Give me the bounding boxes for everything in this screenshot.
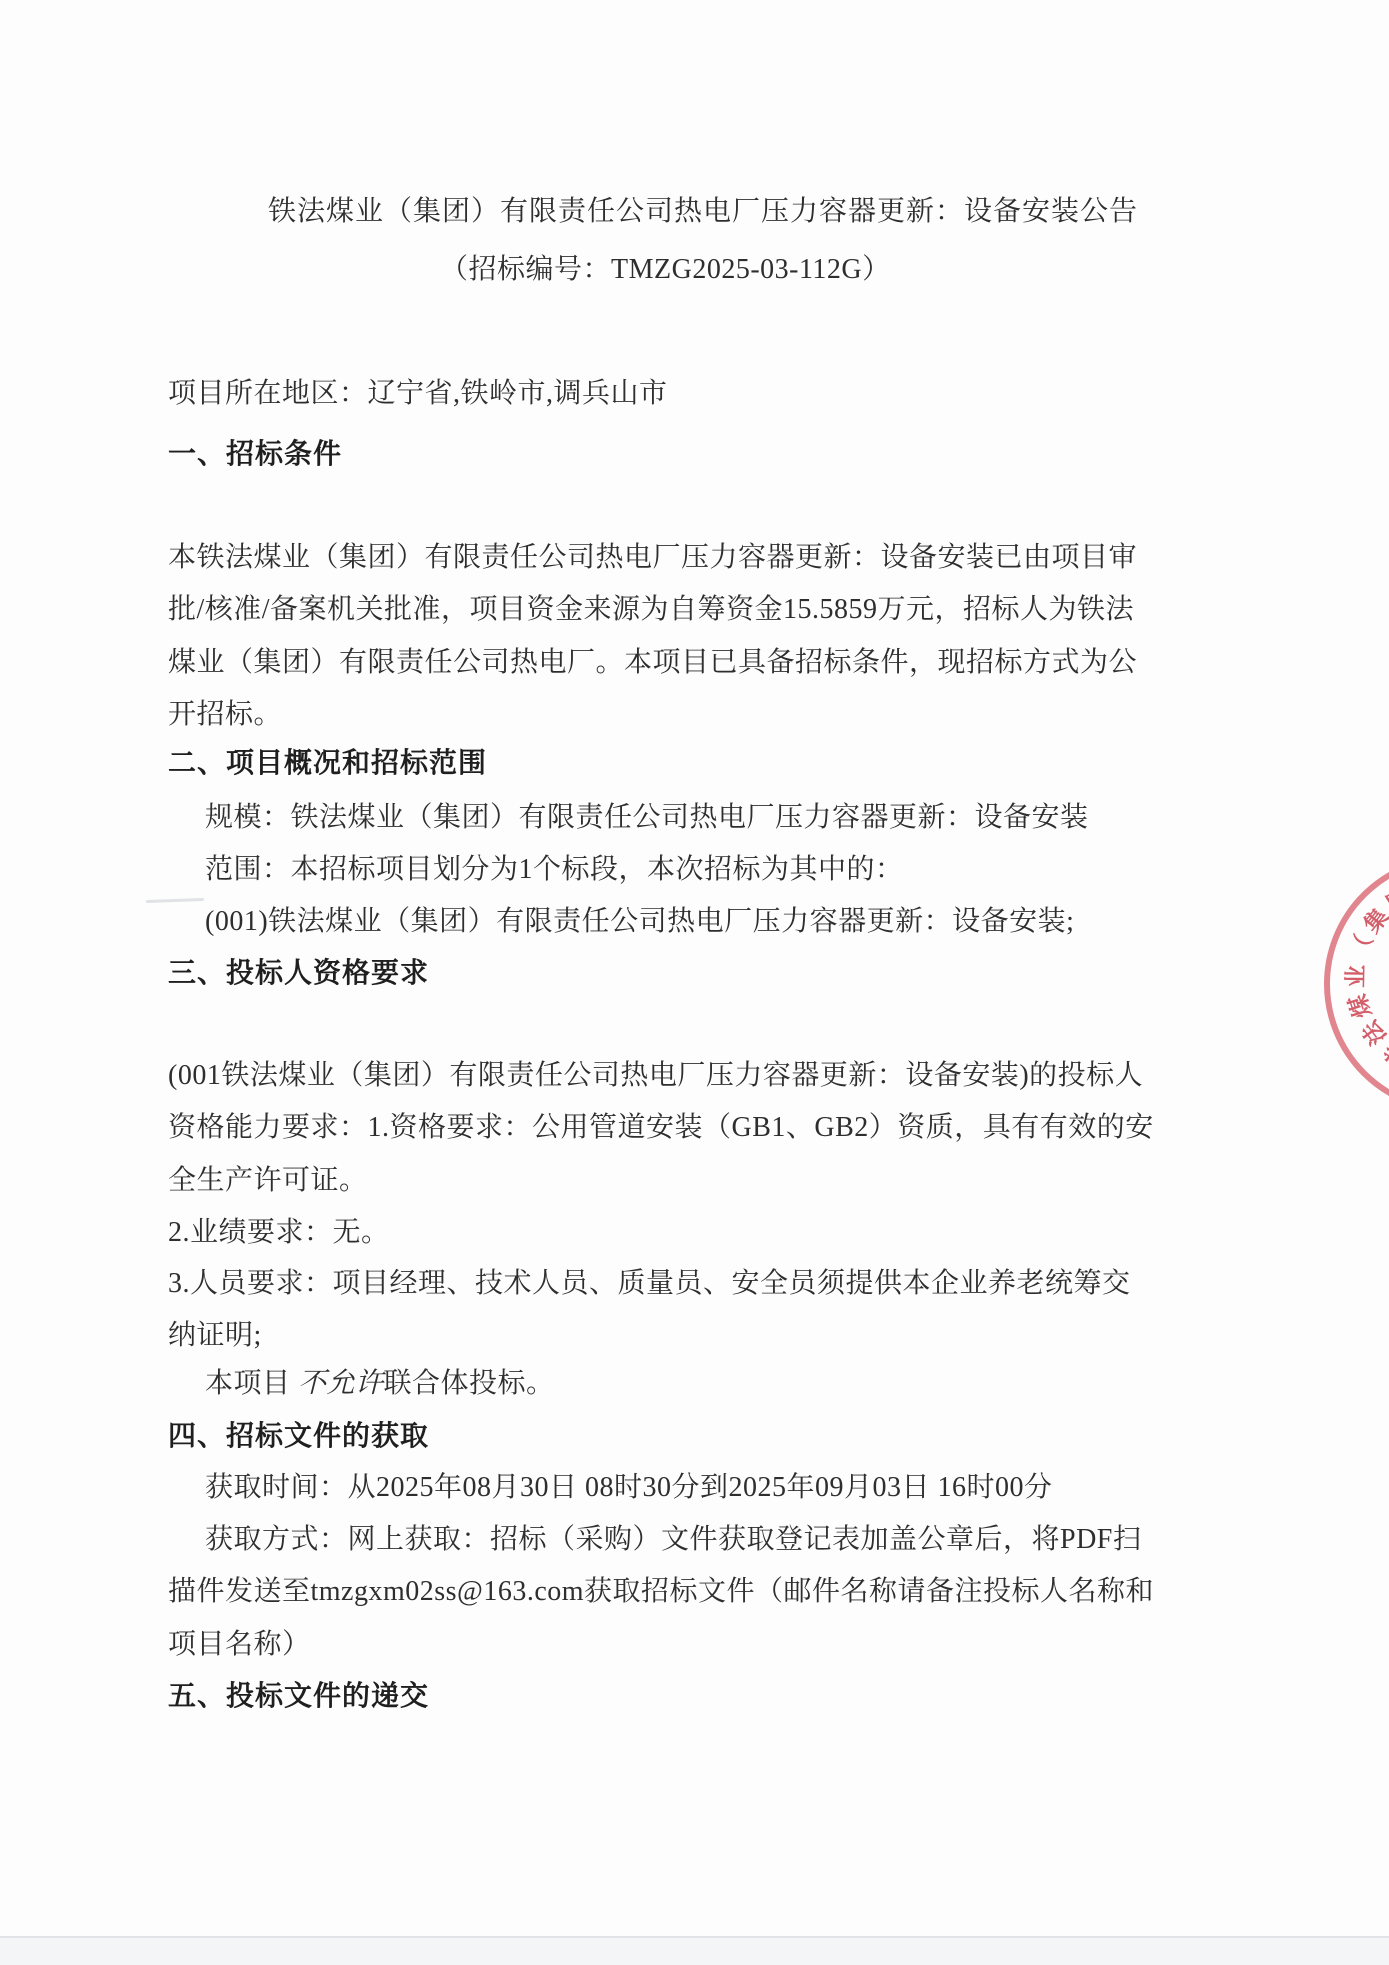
para-line: 2.业绩要求：无。 xyxy=(168,1215,390,1251)
joint-venture-line: 本项目 不允许联合体投标。 xyxy=(205,1366,555,1402)
doc-title: 铁法煤业（集团）有限责任公司热电厂压力容器更新：设备安装公告 xyxy=(268,194,1138,230)
section-2-heading: 二、项目概况和招标范围 xyxy=(168,745,487,781)
scope-line: 范围：本招标项目划分为1个标段，本次招标为其中的： xyxy=(205,852,904,888)
para-line: 批/核准/备案机关批准，项目资金来源为自筹资金15.5859万元，招标人为铁法 xyxy=(168,592,1134,628)
obtain-time-line: 获取时间：从2025年08月30日 08时30分到2025年09月03日 16时… xyxy=(205,1470,1053,1506)
lot-line: (001)铁法煤业（集团）有限责任公司热电厂压力容器更新：设备安装; xyxy=(205,904,1074,940)
joint-venture-emphasis: 不允许 xyxy=(298,1368,384,1399)
project-region: 项目所在地区：辽宁省,铁岭市,调兵山市 xyxy=(168,376,668,412)
obtain-method-line: 项目名称） xyxy=(168,1627,311,1663)
para-line: (001铁法煤业（集团）有限责任公司热电厂压力容器更新：设备安装)的投标人 xyxy=(168,1058,1143,1094)
para-line: 开招标。 xyxy=(168,697,282,733)
obtain-method-line: 获取方式：网上获取：招标（采购）文件获取登记表加盖公章后，将PDF扫 xyxy=(205,1522,1141,1558)
joint-venture-prefix: 本项目 xyxy=(205,1368,298,1399)
para-line: 纳证明; xyxy=(168,1318,262,1354)
para-line: 煤业（集团）有限责任公司热电厂。本项目已具备招标条件，现招标方式为公 xyxy=(168,645,1137,681)
section-1-heading: 一、招标条件 xyxy=(168,436,342,472)
scale-line: 规模：铁法煤业（集团）有限责任公司热电厂压力容器更新：设备安装 xyxy=(205,800,1089,836)
scan-edge-strip xyxy=(0,1938,1389,1965)
scanned-document-page: 铁法煤业（集团）有限责任公司热电厂压力容器更新：设备安装公告 （招标编号：TMZ… xyxy=(0,0,1389,1965)
para-line: 3.人员要求：项目经理、技术人员、质量员、安全员须提供本企业养老统筹交 xyxy=(168,1266,1131,1302)
section-4-heading: 四、招标文件的获取 xyxy=(168,1418,429,1454)
section-3-heading: 三、投标人资格要求 xyxy=(168,955,429,991)
para-line: 资格能力要求：1.资格要求：公用管道安装（GB1、GB2）资质，具有有效的安 xyxy=(168,1110,1154,1146)
tender-number: （招标编号：TMZG2025-03-112G） xyxy=(440,252,891,288)
obtain-method-line: 描件发送至tmzgxm02ss@163.com获取招标文件（邮件名称请备注投标人… xyxy=(168,1574,1154,1610)
para-line: 全生产许可证。 xyxy=(168,1163,368,1199)
section-5-heading: 五、投标文件的递交 xyxy=(168,1678,429,1714)
scan-smudge xyxy=(146,898,204,903)
joint-venture-suffix: 联合体投标。 xyxy=(384,1368,555,1399)
stamp-character: 业 xyxy=(1337,965,1370,989)
para-line: 本铁法煤业（集团）有限责任公司热电厂压力容器更新：设备安装已由项目审 xyxy=(168,540,1137,576)
